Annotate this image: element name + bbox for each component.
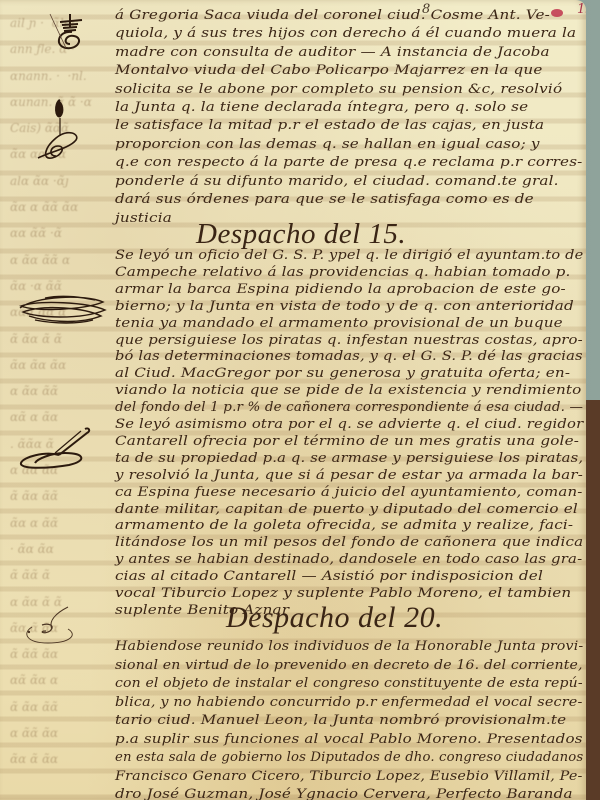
- text-line: q.e con respecto á la parte de presa q.e…: [115, 153, 582, 173]
- small-loop-flourish-icon: [12, 605, 82, 645]
- pen-nib-flourish-icon: [15, 425, 95, 471]
- text-line: justicia: [115, 209, 172, 229]
- crossed-out-scribble-icon: [15, 290, 110, 328]
- text-line: madre con consulta de auditor — A instan…: [115, 43, 550, 63]
- text-line: le satisface la mitad p.r el estado de l…: [115, 116, 544, 136]
- signature-flourish-mid-icon: [30, 98, 80, 166]
- text-line: suplente Benito Aznar: [115, 601, 289, 621]
- text-line: Montalvo viuda del Cabo Policarpo Majarr…: [115, 61, 543, 81]
- text-line: dará sus órdenes para que se le satisfag…: [115, 190, 534, 210]
- text-line: á Gregoria Saca viuda del coronel ciud. …: [115, 6, 550, 26]
- text-line: ponderle á su difunto marido, el ciudad.…: [115, 172, 559, 192]
- folio-number-red: 19: [577, 2, 586, 17]
- text-line: proporcion con las demas q. se hallan en…: [115, 135, 540, 155]
- text-line: la Junta q. la tiene declarada íntegra, …: [115, 98, 528, 118]
- manuscript-page: ail ɲ · ɑ̃h c ann ƒǀe. ɑ̃ · ɑnann. · ·nl…: [0, 0, 586, 800]
- text-line: solicita se le abone por completo su pen…: [115, 80, 562, 100]
- signature-flourish-top-icon: [48, 12, 88, 54]
- text-line: quiola, y á sus tres hijos con derecho á…: [115, 24, 576, 44]
- red-seal-mark: [551, 9, 563, 17]
